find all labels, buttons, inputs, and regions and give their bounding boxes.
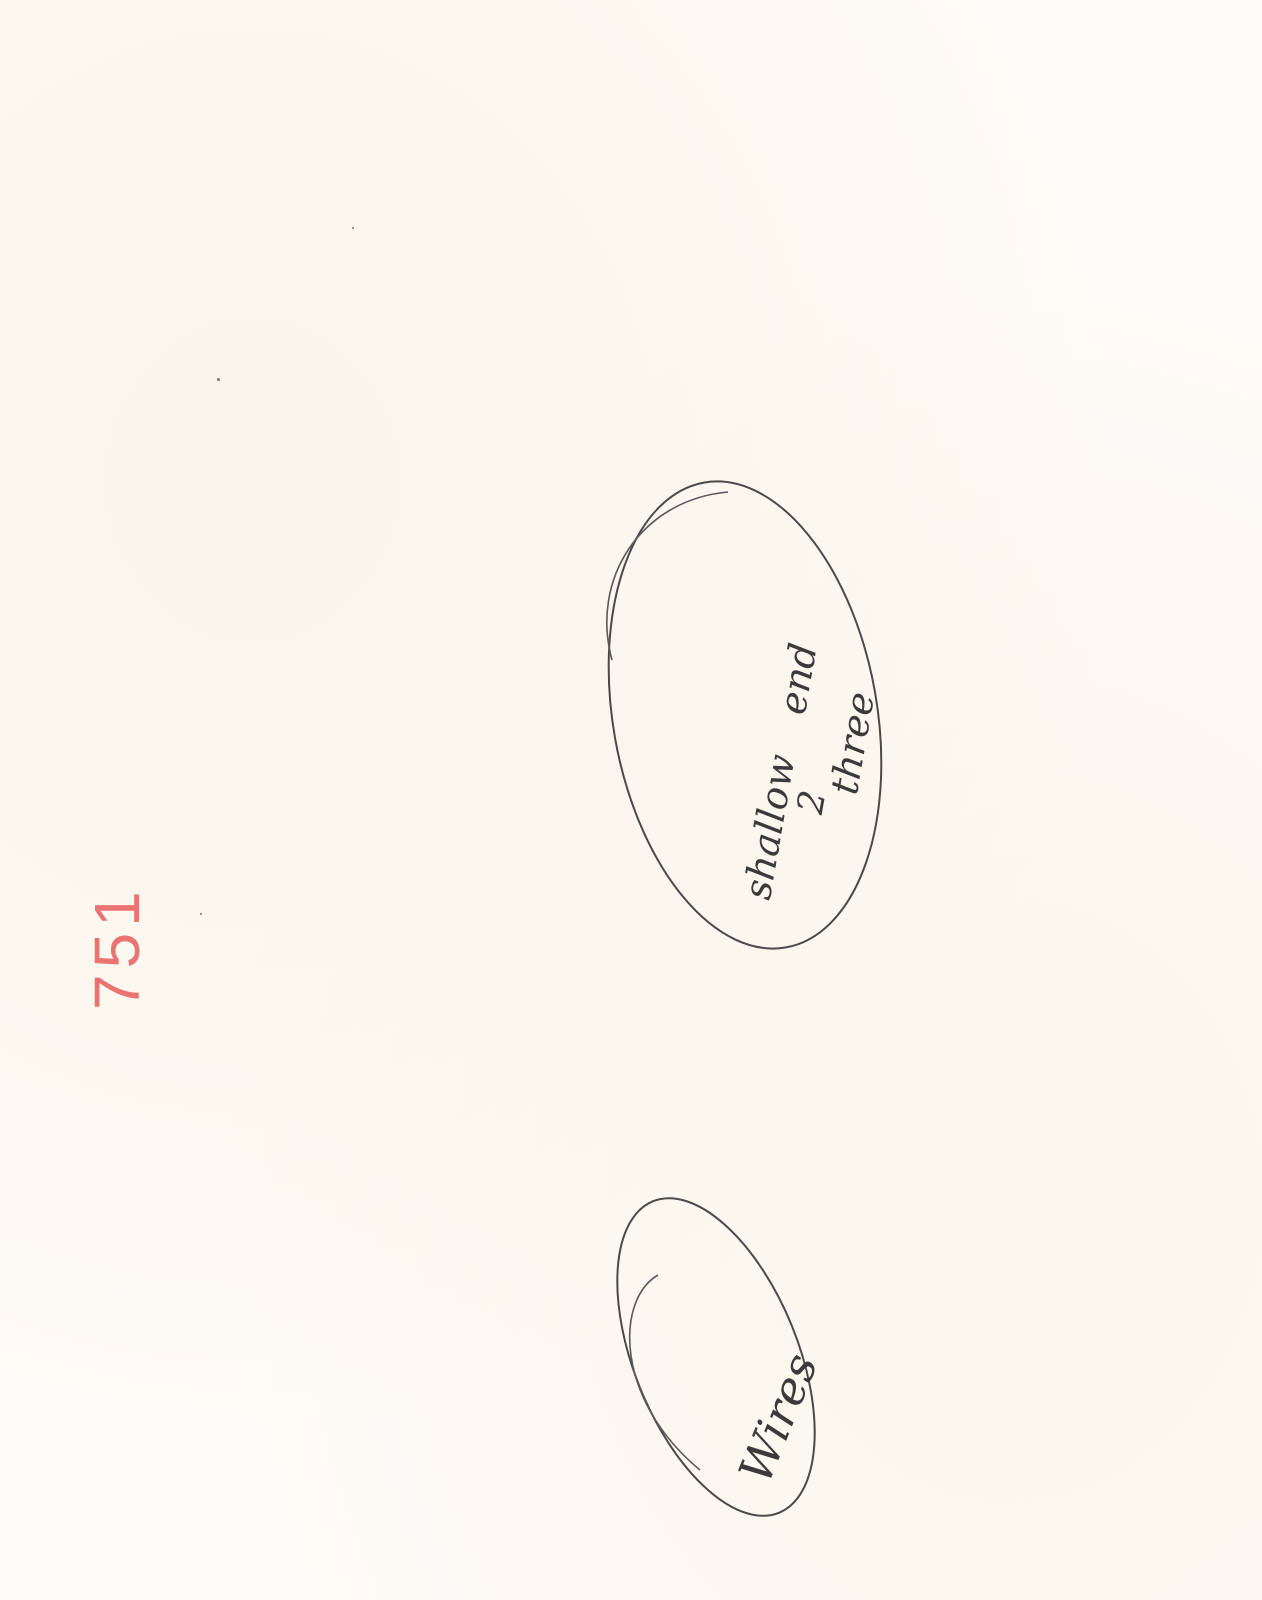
- oval-small: [577, 1171, 855, 1544]
- speck: [200, 913, 202, 915]
- oval-large-overstroke: [607, 492, 728, 660]
- pencil-ovals: [0, 0, 1262, 1600]
- oval-small-overstroke: [630, 1275, 700, 1470]
- speck: [352, 227, 354, 229]
- photo-back-page: shallow end 2 three Wires 751: [0, 0, 1262, 1600]
- speck: [217, 378, 220, 381]
- red-inventory-number: 751: [80, 885, 154, 1010]
